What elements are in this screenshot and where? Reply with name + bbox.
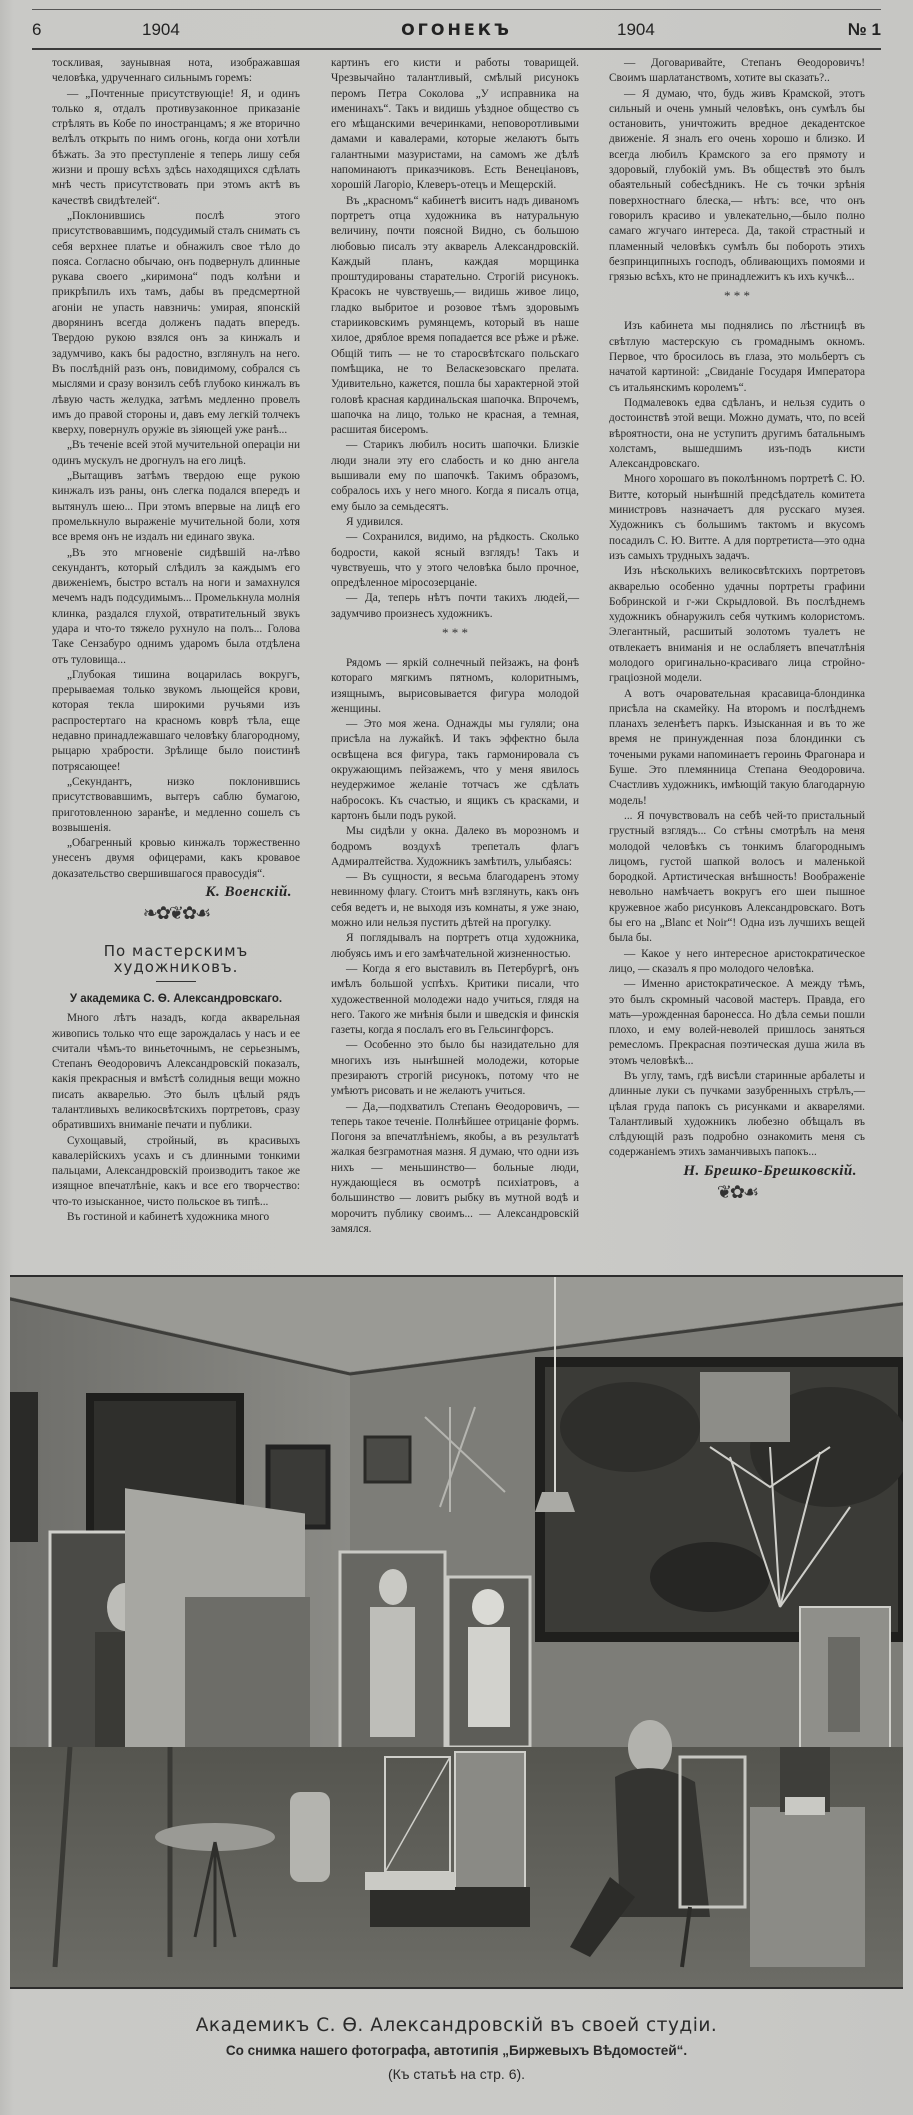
paragraph: — Старикъ любилъ носить шапочки. Близкіе… — [331, 438, 579, 514]
paragraph: Въ углу, тамъ, гдѣ висѣли старинные арба… — [609, 1069, 865, 1161]
paragraph: — Это моя жена. Однажды мы гуляли; она п… — [331, 717, 579, 824]
paragraph: — Особенно это было бы назидательно для … — [331, 1038, 579, 1099]
paragraph: „Въ это мгновеніе сидѣвшій на-лѣво секун… — [52, 546, 300, 668]
article-subtitle: У академика С. Ѳ. Александровскаго. — [52, 992, 300, 1007]
caption-credit: Со снимка нашего фотографа, автотипія „Б… — [0, 2043, 913, 2058]
magazine-page: 6 1904 ОГОНЕКЪ 1904 № 1 тоскливая, зауны… — [0, 0, 913, 2115]
paragraph: — Я думаю, что, будь живъ Крамской, этот… — [609, 87, 865, 286]
paragraph: „Обагренный кровью кинжалъ торжественно … — [52, 836, 300, 882]
paragraph: „Въ теченіе всей этой мучительной операц… — [52, 438, 300, 469]
section-break-asterisks-icon: * * * — [609, 289, 865, 315]
paragraph: Рядомъ — яркій солнечный пейзажъ, на фон… — [331, 656, 579, 717]
column-2: картинъ его кисти и работы товарищей. Чр… — [331, 56, 579, 1237]
paragraph: „Поклонившись послѣ этого присутствовавш… — [52, 209, 300, 438]
paragraph: — Договаривайте, Степанъ Ѳеодоровичъ! Св… — [609, 56, 865, 87]
paragraph: — Да,—подхватилъ Степанъ Ѳеодоровичъ, —т… — [331, 1100, 579, 1238]
paragraph: — Да, теперь нѣтъ почти такихъ людей,— з… — [331, 591, 579, 622]
header-bottom-rule — [32, 48, 881, 50]
paragraph: — Сохранился, видимо, на рѣдкость. Сколь… — [331, 530, 579, 591]
paragraph: — Какое у него интересное аристократичес… — [609, 947, 865, 978]
paragraph: „Глубокая тишина воцарилась вокругъ, пре… — [52, 668, 300, 775]
article-title: По мастерскимъ художниковъ. — [52, 944, 300, 975]
paragraph: Много хорошаго въ поколѣнномъ портретѣ С… — [609, 472, 865, 564]
paragraph: ... Я почувствовалъ на себѣ чей-то прист… — [609, 809, 865, 947]
paragraph: Я удивился. — [331, 515, 579, 530]
caption-reference: (Къ статьѣ на стр. 6). — [0, 2066, 913, 2082]
issue-number: № 1 — [848, 20, 881, 40]
caption-title: Академикъ С. Ѳ. Александровскій въ своей… — [0, 2015, 913, 2036]
paragraph: — „Почтенные присутствующіе! Я, и одинъ … — [52, 87, 300, 209]
paragraph: „Секундантъ, низко поклонившись присутст… — [52, 775, 300, 836]
author-signature: Н. Брешко-Брешковскій. — [609, 1164, 857, 1179]
paragraph: Подмалевокъ едва сдѣланъ, и нельзя судит… — [609, 396, 865, 472]
column-3: — Договаривайте, Степанъ Ѳеодоровичъ! Св… — [609, 56, 865, 1217]
section-break-asterisks-icon: * * * — [331, 626, 579, 652]
photo-caption: Академикъ С. Ѳ. Александровскій въ своей… — [0, 2015, 913, 2082]
paragraph: Я поглядывалъ на портретъ отца художника… — [331, 931, 579, 962]
page-header: 6 1904 ОГОНЕКЪ 1904 № 1 — [32, 18, 881, 46]
studio-photograph — [10, 1275, 903, 1989]
paragraph: — Когда я его выставилъ въ Петербургѣ, о… — [331, 962, 579, 1038]
paragraph: Изъ нѣсколькихъ великосвѣтскихъ портрето… — [609, 564, 865, 686]
paragraph: Въ „красномъ“ кабинетѣ виситъ надъ диван… — [331, 194, 579, 439]
paragraph: „Вытащивъ затѣмъ твердою еще рукою кинжа… — [52, 469, 300, 545]
studio-scene-illustration — [10, 1277, 903, 1987]
header-year-right: 1904 — [617, 20, 655, 40]
paragraph: А вотъ очаровательная красавица-блондинк… — [609, 687, 865, 809]
paragraph: тоскливая, заунывная нота, изображавшая … — [52, 56, 300, 87]
paragraph: Мы сидѣли у окна. Далеко въ морозномъ и … — [331, 824, 579, 870]
paragraph: — Въ сущности, я весьма благодаренъ этом… — [331, 870, 579, 931]
paragraph: Много лѣтъ назадъ, когда акварельная жив… — [52, 1011, 300, 1133]
header-top-rule — [32, 9, 881, 10]
floral-ornament-icon: ❦✿☙ — [609, 1185, 865, 1213]
magazine-title: ОГОНЕКЪ — [32, 20, 881, 39]
author-signature: К. Военскій. — [52, 885, 292, 900]
paragraph: Изъ кабинета мы поднялись по лѣстницѣ въ… — [609, 319, 865, 395]
paragraph: картинъ его кисти и работы товарищей. Чр… — [331, 56, 579, 194]
paragraph: Сухощавый, стройный, въ красивыхъ кавале… — [52, 1134, 300, 1210]
title-divider — [156, 981, 196, 982]
paragraph: Въ гостиной и кабинетѣ художника много — [52, 1210, 300, 1225]
paragraph: — Именно аристократическое. А между тѣмъ… — [609, 977, 865, 1069]
column-1: тоскливая, заунывная нота, изображавшая … — [52, 56, 300, 1225]
floral-ornament-icon: ❧✿❦✿☙ — [52, 906, 300, 934]
